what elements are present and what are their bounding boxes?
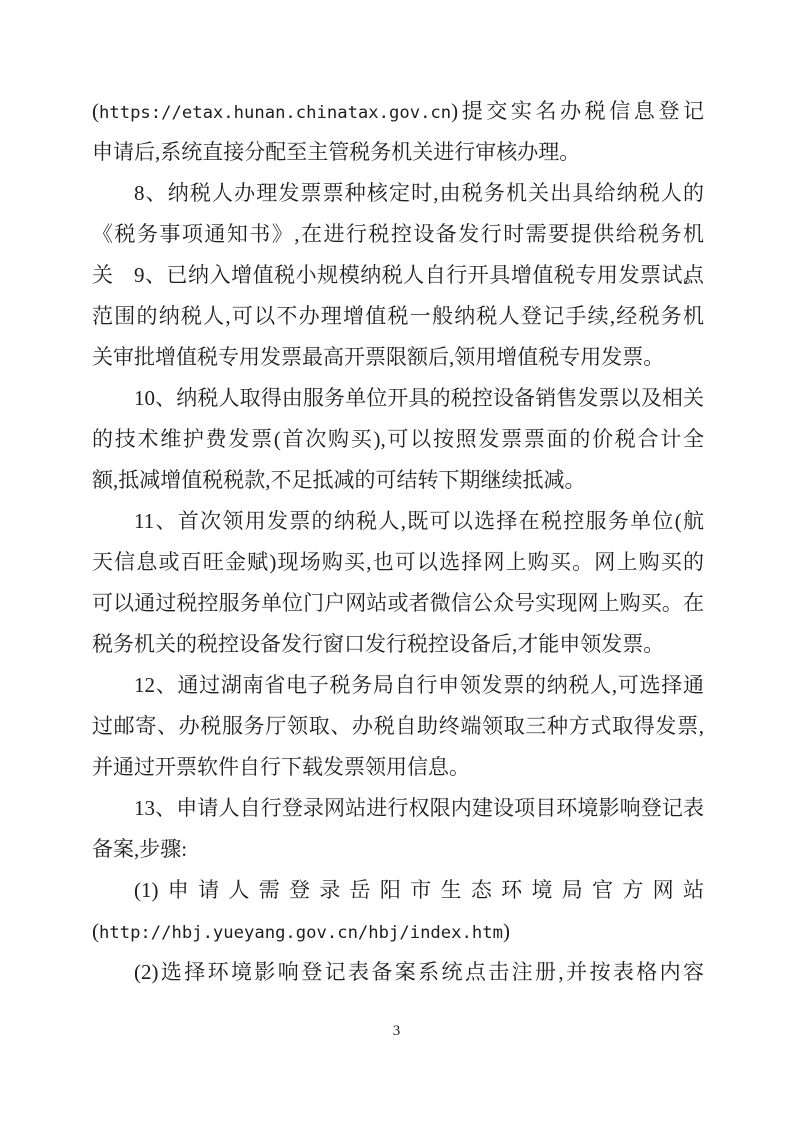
text-line: 天信息或百旺金赋)现场购买,也可以选择网上购买。网上购买的 (92, 542, 704, 583)
text-line: (https://etax.hunan.chinatax.gov.cn)提交实名… (92, 91, 704, 132)
text-line: 8、纳税人办理发票票种核定时,由税务机关出具给纳税人的 (92, 173, 704, 214)
text-run: )提交实名办税信息登记 (451, 99, 704, 123)
url-text: http://hbj.yueyang.gov.cn/hbj/index.htm (99, 923, 503, 943)
text-line: 关审批增值税专用发票最高开票限额后,领用增值税专用发票。 (92, 337, 704, 378)
text-run: ( (92, 99, 99, 123)
text-line: 备案,步骤: (92, 829, 704, 870)
text-line: 范围的纳税人,可以不办理增值税一般纳税人登记手续,经税务机 (92, 296, 704, 337)
text-line: 9、已纳入增值税小规模纳税人自行开具增值税专用发票试点 (92, 255, 704, 296)
text-line: 《税务事项通知书》,在进行税控设备发行时需要提供给税务机关。 (92, 214, 704, 255)
text-line: 申请后,系统直接分配至主管税务机关进行审核办理。 (92, 132, 704, 173)
text-line: 可以通过税控服务单位门户网站或者微信公众号实现网上购买。在 (92, 583, 704, 624)
text-line: 税务机关的税控设备发行窗口发行税控设备后,才能申领发票。 (92, 624, 704, 665)
text-line: 额,抵减增值税税款,不足抵减的可结转下期继续抵减。 (92, 460, 704, 501)
text-line: 的技术维护费发票(首次购买),可以按照发票票面的价税合计全 (92, 419, 704, 460)
page-number: 3 (0, 1021, 793, 1041)
text-line: 10、纳税人取得由服务单位开具的税控设备销售发票以及相关 (92, 378, 704, 419)
text-line: (http://hbj.yueyang.gov.cn/hbj/index.htm… (92, 911, 704, 952)
document-page: (https://etax.hunan.chinatax.gov.cn)提交实名… (0, 0, 793, 1122)
text-line: 12、通过湖南省电子税务局自行申领发票的纳税人,可选择通 (92, 665, 704, 706)
url-text: https://etax.hunan.chinatax.gov.cn (99, 103, 451, 123)
text-line: 过邮寄、办税服务厅领取、办税自助终端领取三种方式取得发票, (92, 706, 704, 747)
text-line: (1)申请人需登录岳阳市生态环境局官方网站 (92, 870, 704, 911)
text-line: 并通过开票软件自行下载发票领用信息。 (92, 747, 704, 788)
text-run: ( (92, 919, 99, 943)
text-line: (2)选择环境影响登记表备案系统点击注册,并按表格内容 (92, 952, 704, 993)
text-run: ) (503, 919, 510, 943)
text-line: 11、首次领用发票的纳税人,既可以选择在税控服务单位(航 (92, 501, 704, 542)
document-body: (https://etax.hunan.chinatax.gov.cn)提交实名… (92, 91, 704, 993)
text-line: 13、申请人自行登录网站进行权限内建设项目环境影响登记表 (92, 788, 704, 829)
